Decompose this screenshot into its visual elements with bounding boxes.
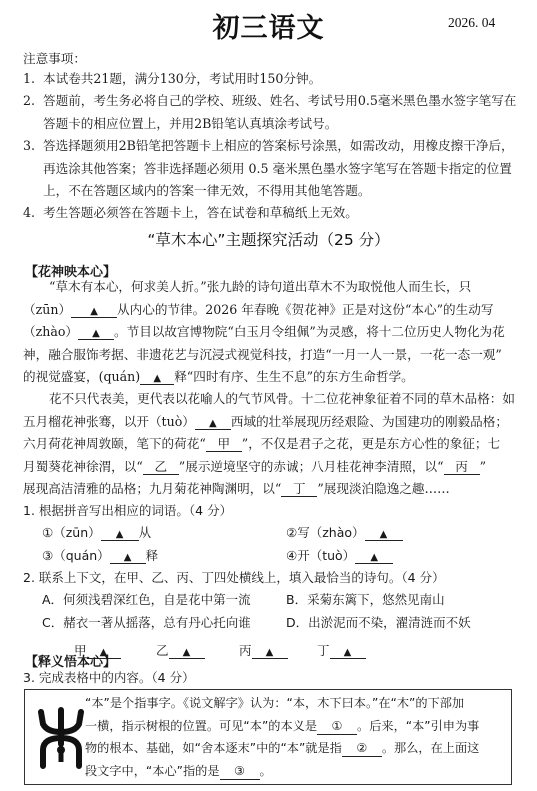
passage-text: 。节目以故宫博物院“白玉月令组佩”为灵感，将十二位历史人物化为花: [114, 324, 505, 339]
slot-bing[interactable]: 丙: [444, 459, 480, 475]
option-text: 出淤泥而不染，濯清涟而不妖: [308, 615, 471, 630]
triangle-marker-icon: ▲: [116, 529, 124, 540]
passage-1: “草木有本心，何求美人折。”张九龄的诗句道出草木不为取悦他人而生长，只 （zūn…: [23, 276, 515, 389]
note-text: 本试卷共21题，满分130分，考试用时150分钟。: [43, 68, 321, 91]
q1-item-2: ②写（zhào）▲: [286, 522, 403, 545]
triangle-marker-icon: ▲: [209, 418, 217, 429]
blank-3[interactable]: ③: [220, 764, 260, 780]
passage-line: “草木有本心，何求美人折。”张九龄的诗句道出草木不为取悦他人而生长，只: [23, 276, 515, 299]
q2-option-a[interactable]: A．何须浅碧深红色，自是花中第一流: [42, 589, 251, 612]
item-suffix: 释: [146, 548, 159, 563]
answer-blank[interactable]: ▲: [355, 548, 393, 564]
passage-text: 释“四时有序、生生不息”的东方生命哲学。: [174, 369, 414, 384]
passage-text: 的视觉盛宴，(quán): [23, 369, 140, 384]
triangle-marker-icon: ▲: [92, 328, 100, 339]
option-text: 赭衣一著从摇落，总有丹心托向谁: [63, 615, 251, 630]
slot-ding[interactable]: 丁: [281, 481, 317, 497]
q2-option-c[interactable]: C．赭衣一著从摇落，总有丹心托向谁: [42, 612, 251, 635]
answer-blank[interactable]: ▲: [71, 302, 117, 318]
passage-text: 六月荷花神周敦颐，笔下的荷花“: [23, 436, 206, 451]
q1-item-1: ①（zūn）▲从: [42, 522, 151, 545]
triangle-marker-icon: ▲: [153, 373, 161, 384]
item-label: ③（quán）: [42, 548, 110, 563]
passage-line: 六月荷花神周敦颐，笔下的荷花“甲”，不仅是君子之花，更是东方心性的象征；七: [23, 433, 515, 456]
note-item-4: 4.考生答题必须答在答题卡上，答在试卷和草稿纸上无效。: [23, 202, 358, 225]
answer-blank[interactable]: ▲: [140, 369, 174, 385]
note-number: 1.: [23, 68, 43, 91]
box-text: 段文字中，“本心”指的是: [85, 764, 220, 778]
note-text: 上，不在答题区域内的答案一律无效，不得用其他笔答题。: [23, 180, 514, 203]
q2-answer-bing: 丙▲: [239, 640, 288, 663]
passage-text: ”，不仅是君子之花，更是东方心性的象征；七: [242, 436, 500, 451]
triangle-marker-icon: ▲: [344, 647, 352, 658]
option-label: B．: [286, 592, 307, 607]
passage-line: 神，融合服饰考据、非遗花艺与沉浸式视觉科技，打造“一月一人一景，一花一态一观”: [23, 344, 515, 367]
passage-line: （zhào）▲。节目以故宫博物院“白玉月令组佩”为灵感，将十二位历史人物化为花: [23, 321, 515, 344]
option-label: A．: [42, 592, 63, 607]
passage-text: ”展示逆境坚守的赤诚；八月桂花神李清照，以“: [179, 459, 444, 474]
option-text: 采菊东篱下，悠然见南山: [307, 592, 445, 607]
passage-text: 从内心的节律。2026 年春晚《贺花神》正是对这份“本心”的生动写: [117, 302, 493, 317]
question-2-stem: 2. 联系上下文，在甲、乙、丙、丁四处横线上，填入最恰当的诗句。（4 分）: [23, 567, 445, 590]
box-text: 。那么，在上面这: [382, 741, 480, 755]
option-label: C．: [42, 615, 63, 630]
item-label: ②写（zhào）: [286, 525, 365, 540]
item-label: ④开（tuò）: [286, 548, 355, 563]
note-item-2: 2.答题前，考生务必将自己的学校、班级、姓名、考试号用0.5毫米黑色墨水签字笔写…: [23, 90, 516, 135]
note-text: 答题前，考生务必将自己的学校、班级、姓名、考试号用0.5毫米黑色墨水签字笔写在: [43, 90, 516, 113]
box-line: 物的根本、基础，如“舍本逐末”中的“本”就是指②。那么，在上面这: [85, 737, 509, 760]
pinyin: （zūn）: [23, 302, 71, 317]
oracle-bone-ben-icon: [35, 706, 87, 770]
item-label: ①（zūn）: [42, 525, 101, 540]
note-item-1: 1.本试卷共21题，满分130分，考试用时150分钟。: [23, 68, 321, 91]
answer-blank[interactable]: ▲: [110, 548, 146, 564]
passage-line: 月蜀葵花神徐渭，以“乙”展示逆境坚守的赤诚；八月桂花神李清照，以“丙”: [23, 456, 515, 479]
question-3-stem: 3. 完成表格中的内容。（4 分）: [23, 667, 195, 690]
passage-text: 西域的壮举展现历经艰险、为国建功的刚毅品格；: [231, 414, 508, 429]
note-text: 答题卡的相应位置上，并用2B铅笔认真填涂考试号。: [23, 113, 516, 136]
passage-text: ”: [480, 459, 486, 474]
option-label: D．: [286, 615, 308, 630]
answer-blank[interactable]: ▲: [101, 525, 139, 541]
info-box-text: “本”是个指事字。《说文解字》认为：“本，木下曰本。”在“木”的下部加 一横，指…: [85, 692, 509, 782]
answer-blank[interactable]: ▲: [195, 414, 231, 430]
q2-option-b[interactable]: B．采菊东篱下，悠然见南山: [286, 589, 445, 612]
triangle-marker-icon: ▲: [90, 306, 98, 317]
blank-1[interactable]: ①: [317, 719, 357, 735]
item-suffix: 从: [139, 525, 152, 540]
triangle-marker-icon: ▲: [380, 529, 388, 540]
passage-2: 花不只代表美，更代表以花喻人的气节风骨。十二位花神象征着不同的草木品格：如 五月…: [23, 388, 515, 501]
slot-yi[interactable]: 乙: [143, 459, 179, 475]
q1-item-4: ④开（tuò）▲: [286, 545, 393, 568]
slot-jia[interactable]: 甲: [206, 436, 242, 452]
answer-blank[interactable]: ▲: [169, 643, 205, 659]
note-text: 考生答题必须答在答题卡上，答在试卷和草稿纸上无效。: [43, 202, 358, 225]
box-line: “本”是个指事字。《说文解字》认为：“本，木下曰本。”在“木”的下部加: [85, 692, 509, 715]
answer-label: 丙: [239, 643, 252, 658]
section-title: “草木本心”主题探究活动（25 分）: [0, 228, 537, 250]
note-item-3: 3.答选择题须用2B铅笔把答题卡上相应的答案标号涂黑，如需改动，用橡皮擦干净后，…: [23, 135, 514, 203]
passage-text: 五月榴花神张骞，以开（tuò）: [23, 414, 195, 429]
q2-option-d[interactable]: D．出淤泥而不染，濯清涟而不妖: [286, 612, 471, 635]
option-text: 何须浅碧深红色，自是花中第一流: [63, 592, 251, 607]
answer-blank[interactable]: ▲: [365, 525, 403, 541]
question-1-stem: 1. 根据拼音写出相应的词语。（4 分）: [23, 500, 232, 523]
blank-2[interactable]: ②: [342, 741, 382, 757]
passage-line: 的视觉盛宴，(quán)▲释“四时有序、生生不息”的东方生命哲学。: [23, 366, 515, 389]
q2-answer-yi: 乙▲: [156, 640, 205, 663]
triangle-marker-icon: ▲: [266, 647, 274, 658]
answer-label: 乙: [156, 643, 169, 658]
answer-blank[interactable]: ▲: [78, 324, 114, 340]
box-text: 一横，指示树根的位置。可见“本”的本义是: [85, 719, 317, 733]
passage-line: 花不只代表美，更代表以花喻人的气节风骨。十二位花神象征着不同的草木品格：如: [23, 388, 515, 411]
answer-label: 丁: [317, 643, 330, 658]
box-text: 。后来，“本”引申为事: [357, 719, 479, 733]
note-number: 2.: [23, 90, 43, 113]
triangle-marker-icon: ▲: [370, 552, 378, 563]
triangle-marker-icon: ▲: [183, 647, 191, 658]
note-text: 再选涂其他答案；答非选择题必须用 0.5 毫米黑色墨水签字笔写在答题卡指定的位置: [23, 158, 514, 181]
note-text: 答选择题须用2B铅笔把答题卡上相应的答案标号涂黑，如需改动，用橡皮擦干净后，: [43, 135, 514, 158]
q1-item-3: ③（quán）▲释: [42, 545, 158, 568]
note-number: 3.: [23, 135, 43, 158]
passage-text: 月蜀葵花神徐渭，以“: [23, 459, 143, 474]
triangle-marker-icon: ▲: [124, 552, 132, 563]
passage-line: （zūn）▲从内心的节律。2026 年春晚《贺花神》正是对这份“本心”的生动写: [23, 299, 515, 322]
passage-line: 展现高洁清雅的品格；九月菊花神陶渊明，以“丁”展现淡泊隐逸之趣……: [23, 478, 515, 501]
box-text: 。: [260, 764, 272, 778]
exam-date: 2026. 04: [448, 15, 495, 31]
box-text: 物的根本、基础，如“舍本逐末”中的“本”就是指: [85, 741, 342, 755]
passage-text: 展现高洁清雅的品格；九月菊花神陶渊明，以“: [23, 481, 281, 496]
answer-blank[interactable]: ▲: [252, 643, 288, 659]
q2-answer-ding: 丁▲: [317, 640, 366, 663]
passage-line: 五月榴花神张骞，以开（tuò）▲西域的壮举展现历经艰险、为国建功的刚毅品格；: [23, 411, 515, 434]
box-line: 一横，指示树根的位置。可见“本”的本义是①。后来，“本”引申为事: [85, 715, 509, 738]
pinyin: （zhào）: [23, 324, 78, 339]
passage-text: ”展现淡泊隐逸之趣……: [317, 481, 449, 496]
box-line: 段文字中，“本心”指的是③。: [85, 760, 509, 783]
answer-blank[interactable]: ▲: [330, 643, 366, 659]
note-number: 4.: [23, 202, 43, 225]
